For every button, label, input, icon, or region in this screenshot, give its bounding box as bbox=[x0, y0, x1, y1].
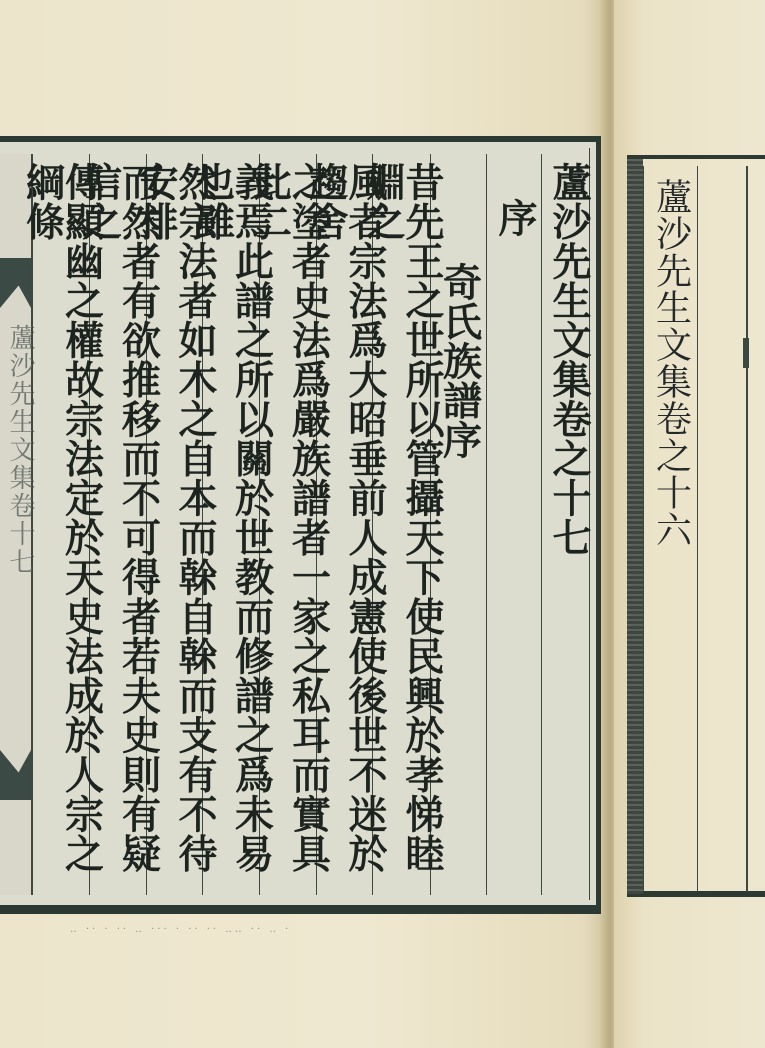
body-text: 傳顯幽之權故宗法定於天史法成於人宗之綱條 bbox=[23, 162, 101, 895]
right-page-border-band bbox=[627, 159, 643, 894]
right-page-rule bbox=[746, 166, 748, 892]
essay-title: 奇氏族譜序 bbox=[440, 262, 479, 460]
volume-title-column: 蘆沙先生文集卷之十七 bbox=[541, 154, 595, 895]
body-column-7: 傳顯幽之權故宗法定於天史法成於人宗之綱條 bbox=[32, 154, 90, 895]
right-page-mark bbox=[743, 338, 749, 368]
show-through-print: ‥ ·· · ·· ‥ ··· · ·· ·· ‥‥ ·· ‥ · bbox=[70, 924, 460, 944]
text-block: 蘆沙先生文集卷十七 蘆沙先生文集卷之十七 序 奇氏族譜序 昔先王之世所以管攝天下… bbox=[0, 148, 590, 900]
right-page-title-column: 蘆沙先生文集卷之十六 bbox=[643, 166, 698, 892]
printed-frame: 蘆沙先生文集卷十七 蘆沙先生文集卷之十七 序 奇氏族譜序 昔先王之世所以管攝天下… bbox=[0, 136, 601, 914]
right-page-title: 蘆沙先生文集卷之十六 bbox=[653, 178, 689, 892]
volume-title: 蘆沙先生文集卷之十七 bbox=[549, 162, 588, 557]
section-heading-column: 序 bbox=[486, 154, 542, 895]
section-heading: 序 bbox=[495, 198, 534, 238]
